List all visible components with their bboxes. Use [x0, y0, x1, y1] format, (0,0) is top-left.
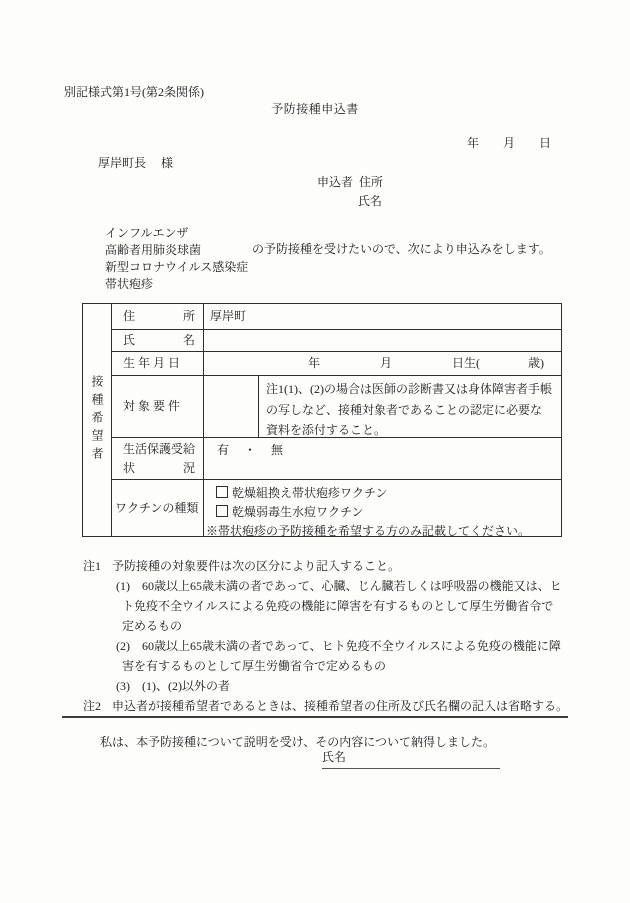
- note1-intro: 予防接種の対象要件は次の区分により記入すること。: [112, 559, 400, 573]
- note-item-number: (1): [116, 576, 142, 596]
- vaccine-list-item: 高齢者用肺炎球菌: [105, 242, 248, 259]
- name-label: 氏 名: [123, 333, 195, 348]
- applicant-info-table: 接種希望者 住 所 厚岸町 氏 名 生 年 月 日 年 月 日生( 歳) 対 象…: [82, 303, 562, 537]
- applicant-address-line: 申込者住所: [317, 173, 383, 192]
- birthdate-value-cell: 年 月 日生( 歳): [203, 351, 561, 375]
- checkbox-icon: [216, 486, 228, 498]
- welfare-value: 有 ・ 無: [217, 443, 283, 458]
- form-id: 別記様式第1号(第2条関係): [64, 85, 204, 100]
- note2-text: 申込者が接種希望者であるときは、接種希望者の住所及び氏名欄の記入は省略する。: [112, 699, 568, 713]
- note-item-line: ト免疫不全ウイルスによる免疫の機能に障害を有するものとして厚生労働省令で: [122, 596, 583, 616]
- welfare-label-cell: 生活保護受給 状 況: [111, 437, 203, 479]
- note-item-line: 定めるもの: [122, 616, 583, 636]
- requirement-label: 対 象 要 件: [123, 399, 180, 414]
- note-item-text: 60歳以上65歳未満の者であって、心臓、じん臓若しくは呼吸器の機能又は、ヒ: [142, 579, 562, 593]
- signature-name-label: 氏名: [322, 750, 346, 764]
- note-item-2: (2)60歳以上65歳未満の者であって、ヒト免疫不全ウイルスによる免疫の機能に障…: [116, 636, 583, 676]
- vaccine-list: インフルエンザ 高齢者用肺炎球菌 新型コロナウイルス感染症 帯状疱疹: [105, 225, 248, 293]
- vaccine-list-item: インフルエンザ: [105, 225, 248, 242]
- apply-sentence: の予防接種を受けたいので、次により申込みをします。: [252, 242, 551, 257]
- vaccine-list-item: 帯状疱疹: [105, 276, 248, 293]
- applicant-name-label: 氏名: [358, 194, 382, 208]
- note-item-1: (1)60歳以上65歳未満の者であって、心臓、じん臓若しくは呼吸器の機能又は、ヒ…: [116, 576, 583, 636]
- group-label-cell: 接種希望者: [83, 304, 111, 536]
- birthdate-value: 年 月 日生( 歳): [308, 356, 544, 371]
- note-item-number: (3): [116, 676, 142, 696]
- applicant-name-line: 氏名: [358, 192, 383, 211]
- vaccine-type-label-cell: ワクチンの種類: [111, 479, 203, 536]
- vaccine-type-value-cell: 乾燥組換え帯状疱疹ワクチン 乾燥弱毒生水痘ワクチン ※帯状疱疹の予防接種を希望す…: [203, 479, 561, 536]
- birthdate-label-cell: 生 年 月 日: [111, 351, 203, 375]
- vaccine-list-item: 新型コロナウイルス感染症: [105, 259, 248, 276]
- note2-label: 注2: [83, 696, 112, 716]
- welfare-value-cell: 有 ・ 無: [203, 437, 561, 479]
- vaccine-option: 乾燥弱毒生水痘ワクチン: [206, 503, 557, 522]
- note1-items: (1)60歳以上65歳未満の者であって、心臓、じん臓若しくは呼吸器の機能又は、ヒ…: [116, 576, 583, 696]
- address-value: 厚岸町: [210, 309, 246, 324]
- requirement-note: 注1(1)、(2)の場合は医師の診断書又は身体障害者手帳の写しなど、接種対象者で…: [259, 376, 561, 437]
- requirement-value-cell: 注1(1)、(2)の場合は医師の診断書又は身体障害者手帳の写しなど、接種対象者で…: [203, 375, 561, 437]
- applicant-prefix: 申込者: [317, 175, 353, 189]
- address-label-cell: 住 所: [111, 304, 203, 329]
- consent-statement: 私は、本予防接種について説明を受け、その内容について納得しました。: [100, 735, 495, 750]
- welfare-label-line2: 状 況: [123, 459, 195, 478]
- group-label: 接種希望者: [83, 375, 111, 465]
- birthdate-label: 生 年 月 日: [123, 356, 180, 371]
- address-label: 住 所: [123, 309, 195, 324]
- vaccine-option-label: 乾燥弱毒生水痘ワクチン: [232, 505, 363, 519]
- name-value-cell: [203, 329, 561, 351]
- notes-section: 注1予防接種の対象要件は次の区分により記入すること。 (1)60歳以上65歳未満…: [83, 556, 583, 716]
- section-divider: [62, 716, 568, 718]
- note-item-3: (3)(1)、(2)以外の者: [116, 676, 583, 696]
- vaccination-application-form: 別記様式第1号(第2条関係) 予防接種申込書 年 月 日 厚岸町長 様 申込者住…: [0, 0, 630, 903]
- vaccine-option: 乾燥組換え帯状疱疹ワクチン: [206, 484, 557, 503]
- note-item-line: (3)(1)、(2)以外の者: [116, 676, 583, 696]
- welfare-label-line1: 生活保護受給: [123, 440, 195, 459]
- note-item-line: (2)60歳以上65歳未満の者であって、ヒト免疫不全ウイルスによる免疫の機能に障: [116, 636, 583, 656]
- addressee-line: 厚岸町長 様: [98, 156, 173, 171]
- note-item-text: (1)、(2)以外の者: [142, 679, 230, 693]
- note1-line: 注1予防接種の対象要件は次の区分により記入すること。: [83, 556, 583, 576]
- signature-line: 氏名: [322, 750, 500, 769]
- applicant-block: 申込者住所 氏名: [317, 173, 383, 211]
- vaccine-type-note: ※帯状疱疹の予防接種を希望する方のみ記載してください。: [206, 522, 557, 541]
- note-item-line: (1)60歳以上65歳未満の者であって、心臓、じん臓若しくは呼吸器の機能又は、ヒ: [116, 576, 583, 596]
- requirement-entry-cell: [204, 376, 259, 437]
- date-line: 年 月 日: [467, 136, 551, 151]
- checkbox-icon: [216, 505, 228, 517]
- note-item-number: (2): [116, 636, 142, 656]
- requirement-label-cell: 対 象 要 件: [111, 375, 203, 437]
- note2-line: 注2申込者が接種希望者であるときは、接種希望者の住所及び氏名欄の記入は省略する。: [83, 696, 583, 716]
- page-title: 予防接種申込書: [0, 102, 630, 117]
- vaccine-option-label: 乾燥組換え帯状疱疹ワクチン: [232, 486, 387, 500]
- note-item-text: 60歳以上65歳未満の者であって、ヒト免疫不全ウイルスによる免疫の機能に障: [142, 639, 561, 653]
- address-value-cell: 厚岸町: [203, 304, 561, 329]
- name-label-cell: 氏 名: [111, 329, 203, 351]
- applicant-address-label: 住所: [359, 175, 383, 189]
- vaccine-type-label: ワクチンの種類: [115, 501, 198, 516]
- note-item-line: 害を有するものとして厚生労働省令で定めるもの: [122, 656, 583, 676]
- note1-label: 注1: [83, 556, 112, 576]
